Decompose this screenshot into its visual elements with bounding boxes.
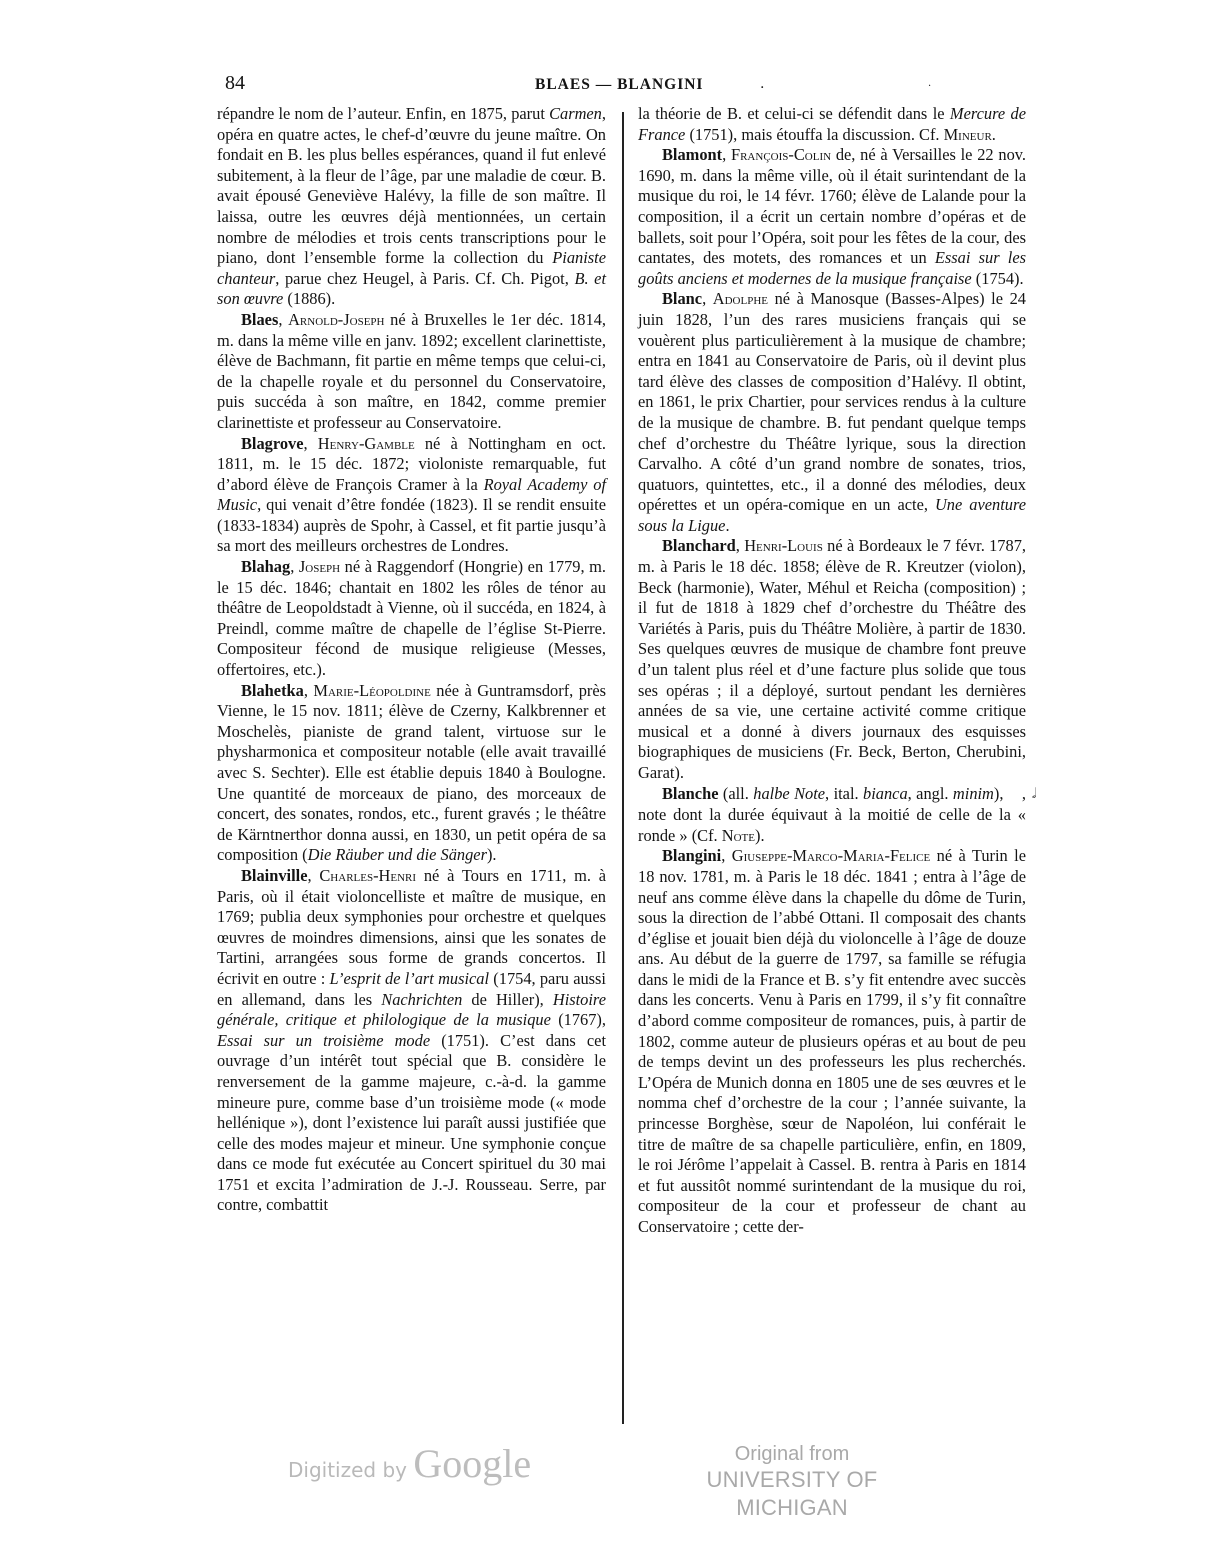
dictionary-entry: Blamont, François-Colin de, né à Versail…: [638, 145, 1026, 289]
entry-text: , qui venait d’être fondée (1823). Il se…: [217, 495, 606, 555]
entry-forename: Charles-Henri: [319, 866, 416, 885]
entry-continuation: la théorie de B. et celui-ci se défendit…: [638, 104, 1026, 145]
entry-text: né à Bordeaux le 7 févr. 1787, m. à Pari…: [638, 536, 1026, 782]
entry-forename: Arnold-Joseph: [288, 310, 384, 329]
half-note-icon: 𝅗𝅥: [1008, 785, 1022, 806]
entry-text: , angl.: [908, 784, 953, 803]
entry-forename: Henry-Gamble: [318, 434, 415, 453]
entry-text: (all.: [718, 784, 753, 803]
entry-text: né à Manosque (Basses-Alpes) le 24 juin …: [638, 289, 1026, 514]
digitized-by-google-watermark: Digitized by Google: [288, 1440, 531, 1487]
italic-title: Essai sur un troisième mode: [217, 1031, 430, 1050]
entry-text: (1886).: [283, 289, 335, 308]
right-column: la théorie de B. et celui-ci se défendit…: [638, 104, 1026, 1238]
original-from-label: Original from: [662, 1442, 922, 1466]
entry-headword: Blahetka: [241, 681, 304, 700]
entry-text: (1767),: [551, 1010, 606, 1029]
entry-headword: Blanche: [662, 784, 718, 803]
digitized-by-label: Digitized by: [288, 1458, 407, 1482]
entry-text: .: [725, 516, 729, 535]
original-from-watermark: Original from UNIVERSITY OF MICHIGAN: [662, 1442, 922, 1522]
dictionary-entry: Blahetka, Marie-Léopoldine née à Guntram…: [217, 681, 606, 866]
dictionary-entry: Blangini, Giuseppe-Marco-Maria-Felice né…: [638, 846, 1026, 1237]
entry-text: ).: [755, 826, 765, 845]
entry-text: , parue chez Heugel, à Paris. Cf. Ch. Pi…: [275, 269, 574, 288]
italic-title: Carmen: [549, 104, 602, 123]
italic-title: minim: [953, 784, 994, 803]
entry-headword: Blaes: [241, 310, 278, 329]
entry-text: ),: [994, 784, 1008, 803]
entry-text: née à Guntramsdorf, près Vienne, le 15 n…: [217, 681, 606, 865]
entry-headword: Blanc: [662, 289, 702, 308]
entry-forename: Giuseppe-Marco-Maria-Felice: [732, 846, 930, 865]
entry-headword: Blamont: [662, 145, 722, 164]
dictionary-entry: Blanc, Adolphe né à Manosque (Basses-Alp…: [638, 289, 1026, 536]
entry-text: ).: [487, 845, 497, 864]
entry-text: né à Turin le 18 nov. 1781, m. à Paris l…: [638, 846, 1026, 1236]
column-rule: [622, 112, 624, 1424]
entry-headword: Blainville: [241, 866, 307, 885]
dictionary-entry: Blanche (all. halbe Note, ital. bianca, …: [638, 784, 1026, 847]
entry-text: .: [992, 125, 996, 144]
entry-text: (1754).: [972, 269, 1024, 288]
italic-title: halbe Note: [753, 784, 825, 803]
dictionary-entry: Blaes, Arnold-Joseph né à Bruxelles le 1…: [217, 310, 606, 434]
cross-reference: Note: [722, 826, 755, 845]
entry-forename: François-Colin: [731, 145, 831, 164]
entry-text: la théorie de B. et celui-ci se défendit…: [638, 104, 950, 123]
entry-headword: Blanchard: [662, 536, 736, 555]
dictionary-entry: Blahag, Joseph né à Raggendorf (Hongrie)…: [217, 557, 606, 681]
entry-forename: Joseph: [299, 557, 340, 576]
left-column: répandre le nom de l’auteur. Enfin, en 1…: [217, 104, 606, 1216]
dictionary-entry: Blainville, Charles-Henri né à Tours en …: [217, 866, 606, 1216]
italic-title: Nachrichten: [381, 990, 462, 1009]
italic-title: bianca: [863, 784, 908, 803]
entry-text: (1751), mais étouffa la discussion. Cf.: [685, 125, 943, 144]
entry-text: répandre le nom de l’auteur. Enfin, en 1…: [217, 104, 549, 123]
entry-text: (1751). C’est dans cet ouvrage d’un inté…: [217, 1031, 606, 1215]
entry-headword: Blahag: [241, 557, 290, 576]
entry-text: , opéra en quatre actes, le chef-d’œuvre…: [217, 104, 606, 267]
entry-text: , ital.: [825, 784, 863, 803]
entry-continuation: répandre le nom de l’auteur. Enfin, en 1…: [217, 104, 606, 310]
italic-title: L’esprit de l’art musical: [329, 969, 489, 988]
scan-speck: .: [928, 78, 931, 89]
dictionary-entry: Blagrove, Henry-Gamble né à Nottingham e…: [217, 434, 606, 558]
scan-speck: .: [760, 76, 764, 92]
entry-forename: Henri-Louis: [744, 536, 823, 555]
entry-forename: Marie-Léopoldine: [313, 681, 430, 700]
entry-forename: Adolphe: [713, 289, 768, 308]
google-logo-text: Google: [413, 1441, 531, 1486]
dictionary-entry: Blanchard, Henri-Louis né à Bordeaux le …: [638, 536, 1026, 783]
italic-title: Die Räuber und die Sänger: [308, 845, 487, 864]
entry-headword: Blangini: [662, 846, 721, 865]
university-name: UNIVERSITY OF MICHIGAN: [662, 1466, 922, 1522]
entry-text: de Hiller),: [462, 990, 553, 1009]
entry-headword: Blagrove: [241, 434, 304, 453]
cross-reference: Mineur: [944, 125, 992, 144]
running-head: BLAES — BLANGINI: [535, 76, 703, 94]
page-number: 84: [225, 72, 245, 95]
